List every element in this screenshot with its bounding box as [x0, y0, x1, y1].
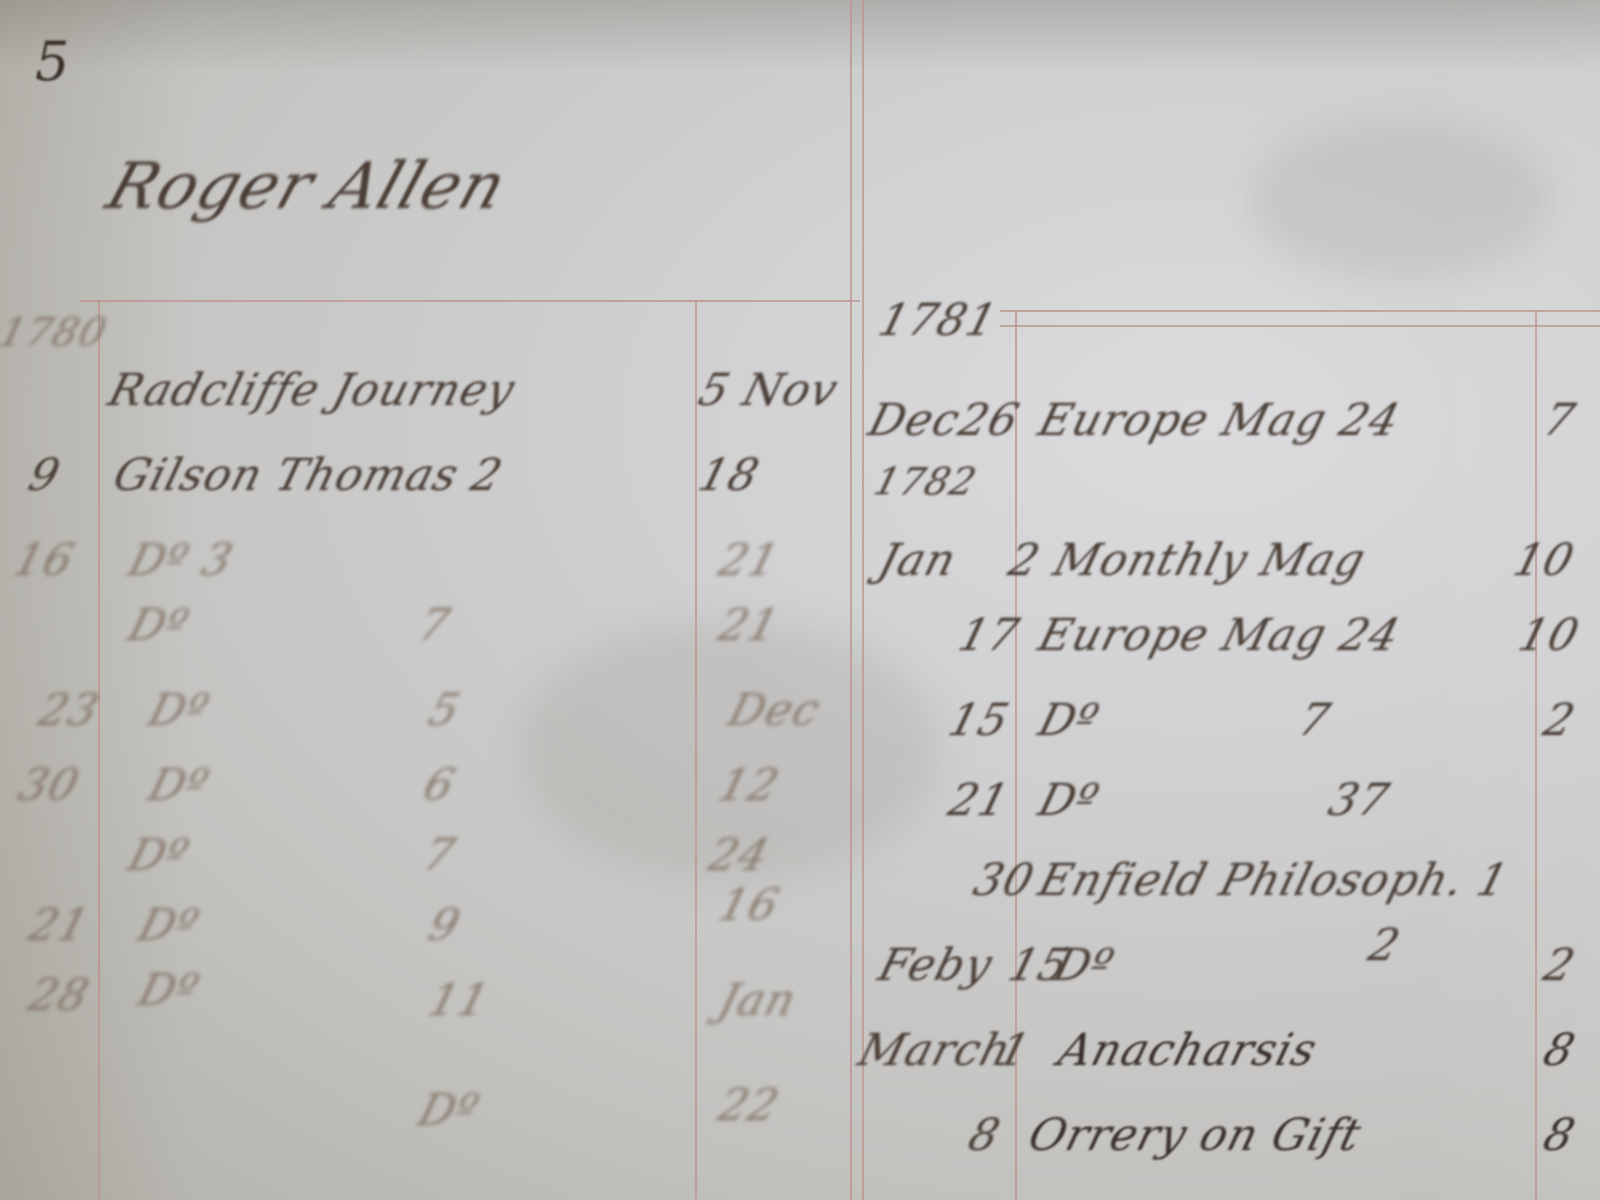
- right-entry-ref: 2: [1363, 920, 1406, 971]
- right-entry-amount: 8: [1538, 1025, 1581, 1076]
- ledger-page: 5 Roger Allen 1780 Radcliffe Journey 5 N…: [0, 0, 1600, 1200]
- left-entry-ref: 7: [418, 830, 461, 881]
- ruled-page-divider-2: [862, 0, 864, 1200]
- left-entry-ref: 9: [423, 900, 466, 951]
- right-entry-amount: 2: [1538, 695, 1581, 746]
- right-year-2: 1782: [869, 460, 982, 504]
- left-entry-amount: Jan: [713, 975, 802, 1026]
- smudge: [1250, 120, 1550, 280]
- right-entry-description: Dº: [1033, 775, 1105, 826]
- right-entry-amount: 2: [1538, 940, 1581, 991]
- right-entry-day: 21: [943, 775, 1015, 826]
- ruled-page-divider: [850, 0, 852, 1200]
- left-entry-description: Dº: [413, 1085, 485, 1136]
- left-entry-description: Dº: [123, 600, 195, 651]
- account-name: Roger Allen: [98, 150, 516, 224]
- right-entry-description: Anacharsis: [1053, 1025, 1322, 1076]
- left-entry-description: Dº 3: [123, 535, 239, 586]
- right-entry-month: March: [853, 1025, 1017, 1076]
- left-entry-description: Dº: [133, 900, 205, 951]
- right-year: 1781: [873, 295, 1003, 346]
- right-entry-ref: 37: [1323, 775, 1395, 826]
- right-entry-description: Orrery on Gift: [1023, 1110, 1367, 1161]
- left-entry-day: 9: [23, 450, 66, 501]
- left-entry-day: 28: [23, 970, 95, 1021]
- right-entry-day: 30: [968, 855, 1040, 906]
- ruled-margin-left: [98, 300, 100, 1200]
- right-entry-description: Enfield Philosoph. 1: [1033, 855, 1514, 906]
- left-entry-day: 23: [33, 685, 105, 736]
- right-entry-amount: 10: [1508, 535, 1580, 586]
- left-entry-ref: 7: [413, 600, 456, 651]
- right-entry-month: Jan: [873, 535, 962, 586]
- right-entry-month: Feby: [873, 940, 998, 991]
- left-entry-ref: 6: [418, 760, 461, 811]
- left-entry-amount: Dec: [723, 685, 826, 736]
- right-entry-ref: 7: [1293, 695, 1336, 746]
- ruled-amount-col-left: [695, 300, 697, 1200]
- right-entry-day: 2: [1003, 535, 1046, 586]
- left-entry-description: Dº: [143, 760, 215, 811]
- left-entry-ref: 11: [423, 975, 495, 1026]
- left-entry-amount: 22: [713, 1080, 785, 1131]
- left-entry-ref: 5: [423, 685, 466, 736]
- left-entry-amount: 18: [693, 450, 765, 501]
- left-entry-ref: 5 Nov: [693, 365, 843, 416]
- right-entry-description: Dº: [1048, 940, 1120, 991]
- left-entry-amount: 21: [713, 535, 785, 586]
- left-entry-description: Gilson Thomas 2: [108, 450, 508, 501]
- right-entry-month: Dec: [863, 395, 966, 446]
- left-entry-amount: 16: [713, 880, 785, 931]
- left-entry-description: Radcliffe Journey: [103, 365, 520, 416]
- right-entry-amount: 10: [1513, 610, 1585, 661]
- right-entry-amount: 7: [1538, 395, 1581, 446]
- right-entry-amount: 8: [1538, 1110, 1581, 1161]
- left-entry-description: Dº: [123, 830, 195, 881]
- right-entry-description: Europe Mag 24: [1033, 610, 1405, 661]
- right-entry-description: Europe Mag 24: [1033, 395, 1405, 446]
- left-entry-description: Dº: [133, 965, 205, 1016]
- left-entry-day: 16: [8, 535, 80, 586]
- right-entry-day: 8: [963, 1110, 1006, 1161]
- page-number: 5: [35, 30, 70, 93]
- ruled-line-top-right: [1000, 310, 1600, 312]
- ruled-line-top-right-double: [1000, 325, 1600, 327]
- left-entry-description: Dº: [143, 685, 215, 736]
- right-entry-description: Dº: [1033, 695, 1105, 746]
- right-entry-description: Monthly Mag: [1048, 535, 1371, 586]
- right-entry-day: 15: [943, 695, 1015, 746]
- ruled-amount-col-right: [1535, 310, 1537, 1200]
- left-entry-day: 30: [13, 760, 85, 811]
- left-year: 1780: [0, 310, 112, 356]
- ruled-line-top-left: [80, 300, 860, 302]
- left-entry-day: 21: [23, 900, 95, 951]
